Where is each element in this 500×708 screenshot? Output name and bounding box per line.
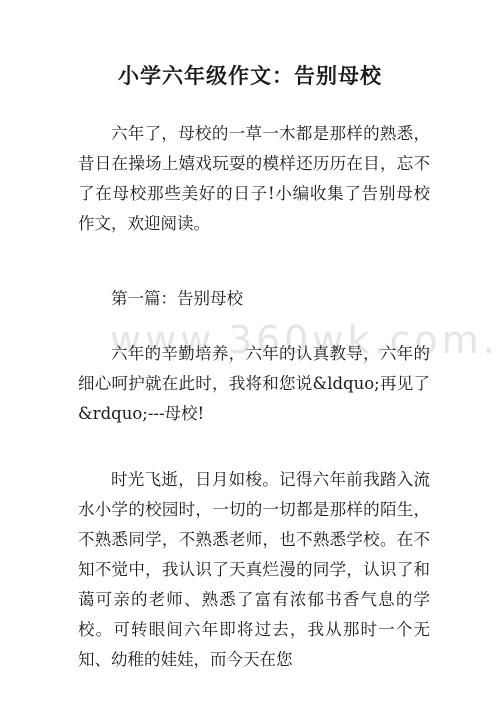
page-title: 小学六年级作文：告别母校 bbox=[0, 60, 500, 90]
section-heading: 第一篇：告别母校 bbox=[78, 284, 430, 314]
paragraph-2: 时光飞逝，日月如梭。记得六年前我踏入流水小学的校园时，一切的一切都是那样的陌生，… bbox=[78, 465, 430, 675]
intro-paragraph: 六年了，母校的一草一木都是那样的熟悉，昔日在操场上嬉戏玩耍的模样还历历在目，忘不… bbox=[78, 119, 430, 239]
paragraph-1: 六年的辛勤培养，六年的认真教导，六年的细心呵护就在此时，我将和您说&ldquo;… bbox=[78, 339, 430, 429]
